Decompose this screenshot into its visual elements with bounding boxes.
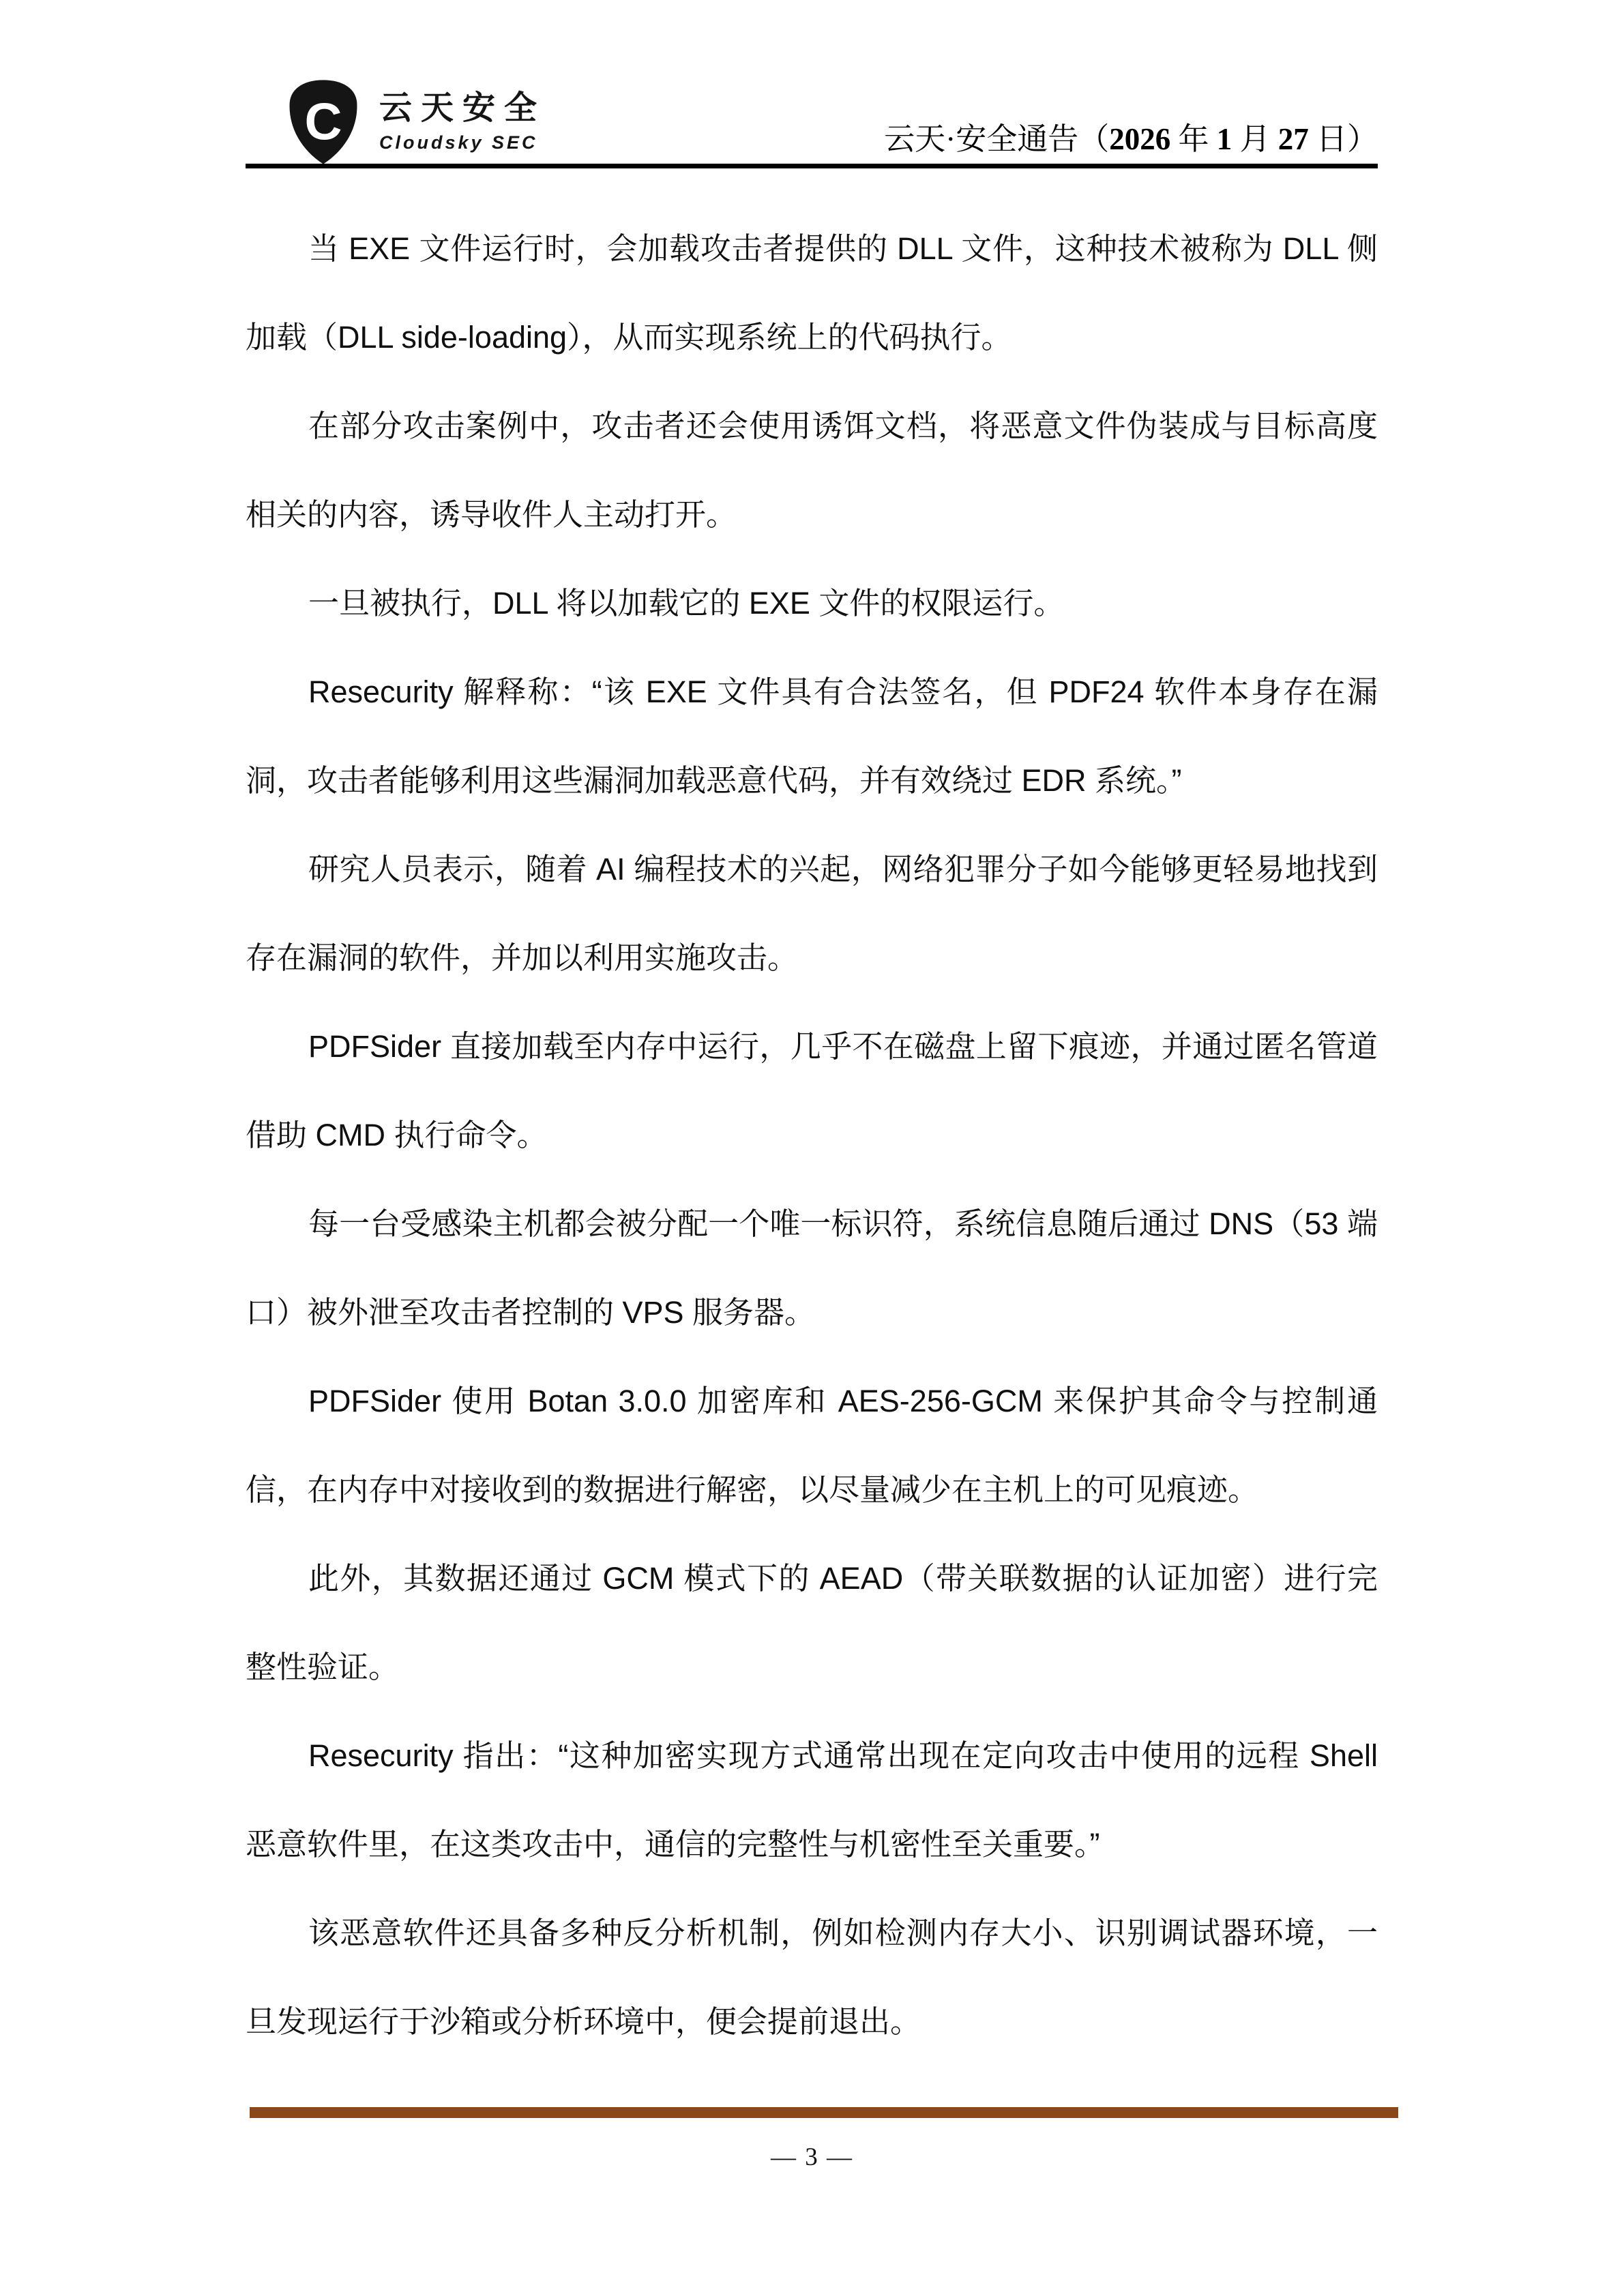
body-paragraph: PDFSider 直接加载至内存中运行，几乎不在磁盘上留下痕迹，并通过匿名管道借… bbox=[246, 1002, 1378, 1180]
logo-name-english: Cloudsky SEC bbox=[379, 132, 546, 153]
bulletin-header-title-part: 2026 bbox=[1109, 122, 1170, 156]
body-paragraph: 研究人员表示，随着 AI 编程技术的兴起，网络犯罪分子如今能够更轻易地找到存在漏… bbox=[246, 825, 1378, 1002]
body-paragraph: 当 EXE 文件运行时，会加载攻击者提供的 DLL 文件，这种技术被称为 DLL… bbox=[246, 205, 1378, 382]
body-paragraph: 一旦被执行，DLL 将以加载它的 EXE 文件的权限运行。 bbox=[246, 559, 1378, 648]
bulletin-header-title-part: 27 bbox=[1278, 122, 1309, 156]
body-paragraph: 在部分攻击案例中，攻击者还会使用诱饵文档，将恶意文件伪装成与目标高度相关的内容，… bbox=[246, 382, 1378, 559]
document-body: 当 EXE 文件运行时，会加载攻击者提供的 DLL 文件，这种技术被称为 DLL… bbox=[246, 205, 1378, 2087]
bulletin-header-title-part: 云天·安全通告（ bbox=[884, 122, 1109, 156]
bulletin-header-title-part: 年 bbox=[1170, 122, 1217, 156]
company-logo: C 云天安全 Cloudsky SEC bbox=[285, 79, 546, 165]
document-page: C 云天安全 Cloudsky SEC 云天·安全通告（2026 年 1 月 2… bbox=[0, 0, 1624, 2296]
page-number: — 3 — bbox=[0, 2143, 1624, 2172]
bulletin-header-title-part: 月 bbox=[1232, 122, 1278, 156]
logo-name-chinese: 云天安全 bbox=[379, 91, 546, 127]
body-paragraph: 该恶意软件还具备多种反分析机制，例如检测内存大小、识别调试器环境，一旦发现运行于… bbox=[246, 1889, 1378, 2066]
body-paragraph: 每一台受感染主机都会被分配一个唯一标识符，系统信息随后通过 DNS（53 端口）… bbox=[246, 1180, 1378, 1357]
footer-divider-bar bbox=[250, 2107, 1398, 2118]
header-divider-rule bbox=[246, 164, 1378, 168]
bulletin-header-title-part: 日） bbox=[1309, 122, 1378, 156]
shield-logo-icon: C bbox=[285, 79, 361, 165]
body-paragraph: Resecurity 指出：“这种加密实现方式通常出现在定向攻击中使用的远程 S… bbox=[246, 1712, 1378, 1889]
bulletin-header-title-part: 1 bbox=[1217, 122, 1232, 156]
logo-text-block: 云天安全 Cloudsky SEC bbox=[379, 91, 546, 153]
body-paragraph: 此外，其数据还通过 GCM 模式下的 AEAD（带关联数据的认证加密）进行完整性… bbox=[246, 1534, 1378, 1712]
body-paragraph: Resecurity 解释称：“该 EXE 文件具有合法签名，但 PDF24 软… bbox=[246, 648, 1378, 825]
page-header: C 云天安全 Cloudsky SEC 云天·安全通告（2026 年 1 月 2… bbox=[246, 79, 1378, 165]
bulletin-header-title: 云天·安全通告（2026 年 1 月 27 日） bbox=[884, 114, 1378, 165]
body-paragraph: PDFSider 使用 Botan 3.0.0 加密库和 AES-256-GCM… bbox=[246, 1357, 1378, 1534]
shield-letter: C bbox=[305, 93, 342, 151]
